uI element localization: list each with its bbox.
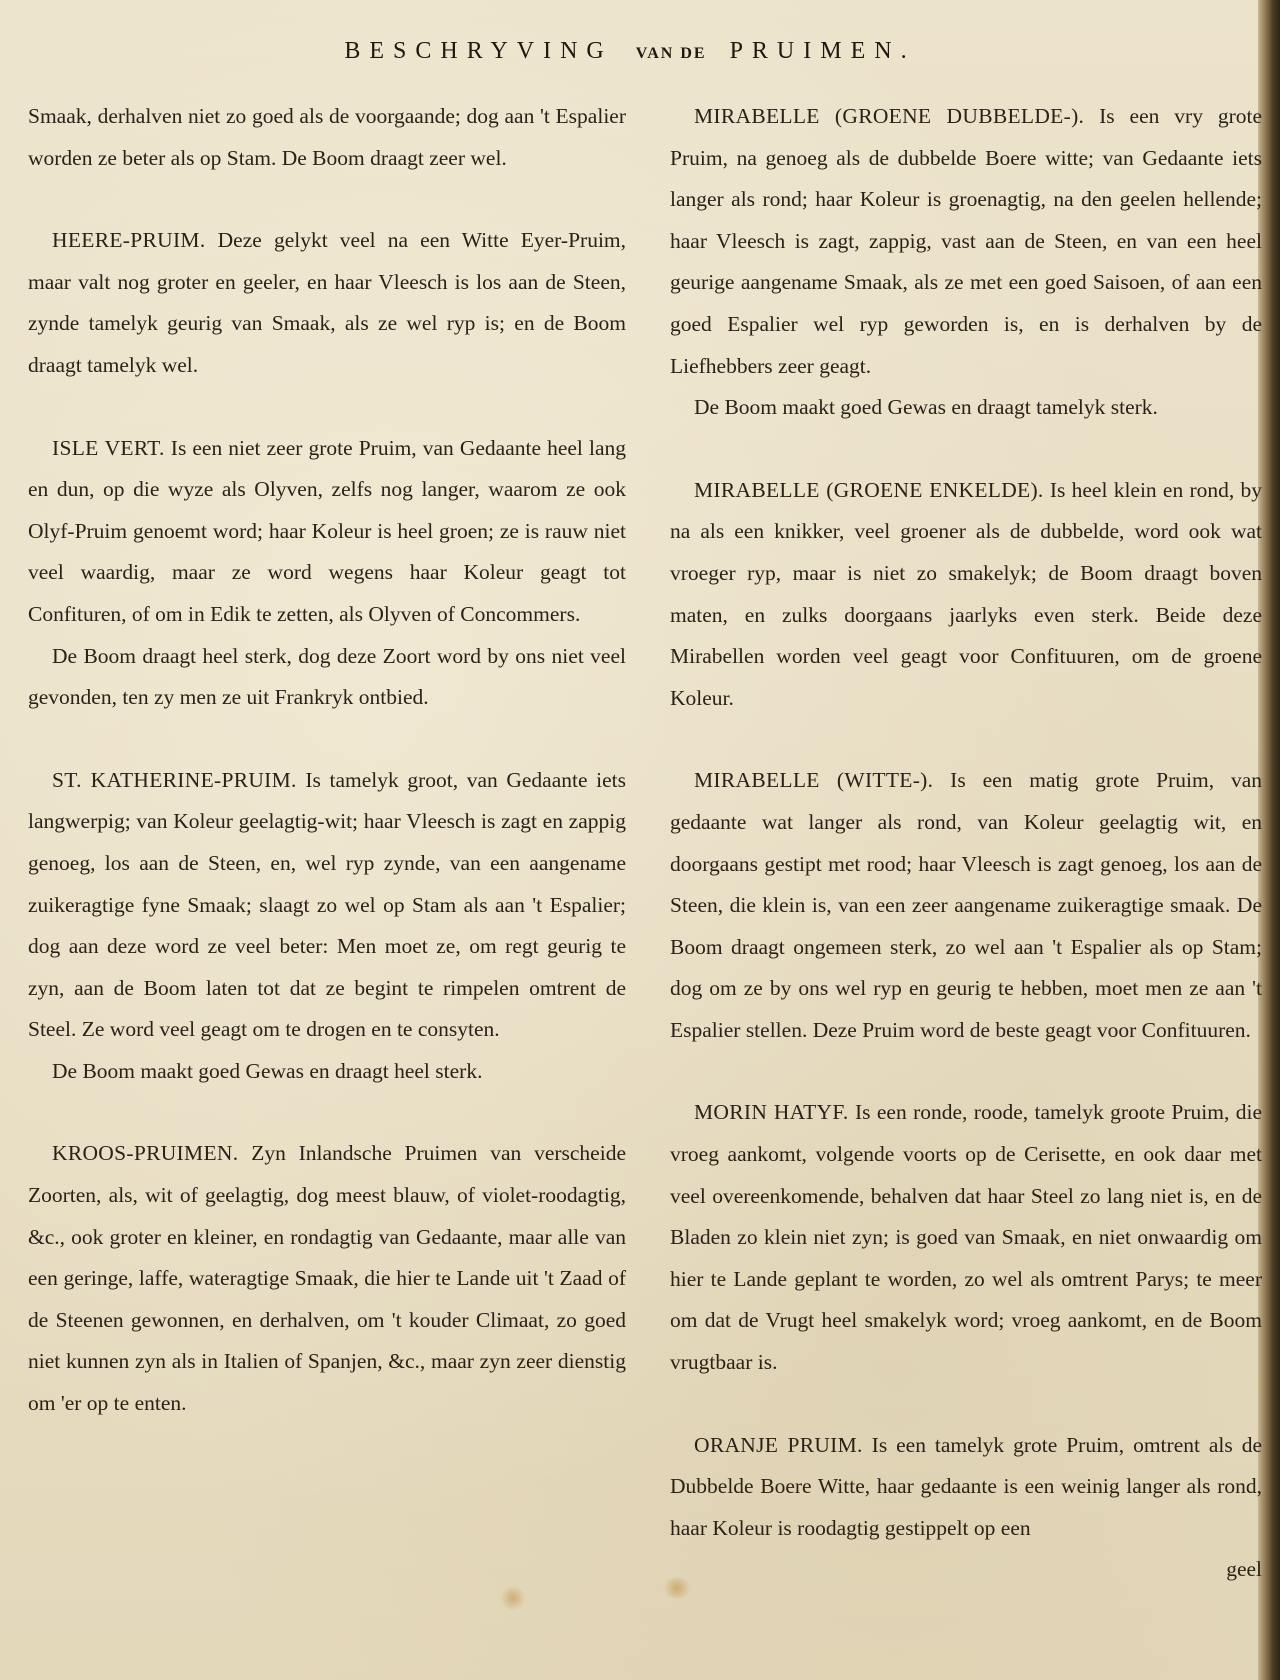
entry-text: Is een vry grote Pruim, na genoeg als de… [670, 104, 1262, 378]
running-header: BESCHRYVING VAN DE PRUIMEN. [0, 38, 1260, 65]
entry-name: ISLE VERT. [52, 436, 165, 460]
entry-text: Zyn Inlandsche Pruimen van verscheide Zo… [28, 1141, 626, 1415]
header-word: PRUIMEN. [730, 38, 916, 64]
entry-name: MORIN HATYF. [694, 1100, 849, 1124]
plum-entry: HEERE-PRUIM. Deze gelykt veel na een Wit… [28, 220, 626, 386]
entry-text: Is een ronde, roode, tamelyk groote Prui… [670, 1100, 1262, 1374]
entry-paragraph: De Boom draagt heel sterk, dog deze Zoor… [28, 636, 626, 719]
entry-name: MIRABELLE (WITTE-). [694, 768, 933, 792]
entry-name: KROOS-PRUIMEN. [52, 1141, 238, 1165]
plum-entry: MIRABELLE (WITTE-). Is een matig grote P… [670, 760, 1262, 1051]
plum-entry: ORANJE PRUIM. Is een tamelyk grote Pruim… [670, 1425, 1262, 1591]
plum-entry: ST. KATHERINE-PRUIM. Is tamelyk groot, v… [28, 760, 626, 1093]
entry-text: Is tamelyk groot, van Gedaante iets lang… [28, 768, 626, 1042]
header-word: BESCHRYVING [344, 38, 612, 64]
entry-text: Is een niet zeer grote Pruim, van Gedaan… [28, 436, 626, 626]
book-page: BESCHRYVING VAN DE PRUIMEN. Smaak, derha… [0, 0, 1280, 1680]
paragraph-text: Smaak, derhalven niet zo goed als de voo… [28, 96, 626, 179]
entry-text: Is heel klein en rond, by na als een kni… [670, 478, 1262, 710]
plum-entry: ISLE VERT. Is een niet zeer grote Pruim,… [28, 428, 626, 719]
header-word: VAN DE [636, 45, 707, 62]
plum-entry: MIRABELLE (GROENE DUBBELDE-). Is een vry… [670, 96, 1262, 429]
foxing-stain [500, 1585, 526, 1611]
left-column: Smaak, derhalven niet zo goed als de voo… [28, 96, 626, 1466]
entry-text: Is een matig grote Pruim, van gedaante w… [670, 768, 1262, 1042]
entry-paragraph: De Boom maakt goed Gewas en draagt tamel… [670, 387, 1262, 429]
right-column: MIRABELLE (GROENE DUBBELDE-). Is een vry… [670, 96, 1262, 1591]
entry-paragraph: De Boom maakt goed Gewas en draagt heel … [28, 1051, 626, 1093]
entry-name: ORANJE PRUIM. [694, 1433, 863, 1457]
plum-entry: MORIN HATYF. Is een ronde, roode, tamely… [670, 1092, 1262, 1383]
plum-entry: MIRABELLE (GROENE ENKELDE). Is heel klei… [670, 470, 1262, 720]
entry-name: MIRABELLE (GROENE ENKELDE). [694, 478, 1044, 502]
continuation-paragraph: Smaak, derhalven niet zo goed als de voo… [28, 96, 626, 179]
entry-name: ST. KATHERINE-PRUIM. [52, 768, 297, 792]
entry-name: HEERE-PRUIM. [52, 228, 206, 252]
catchword: geel [670, 1549, 1262, 1591]
entry-name: MIRABELLE (GROENE DUBBELDE-). [694, 104, 1084, 128]
plum-entry: KROOS-PRUIMEN. Zyn Inlandsche Pruimen va… [28, 1133, 626, 1424]
